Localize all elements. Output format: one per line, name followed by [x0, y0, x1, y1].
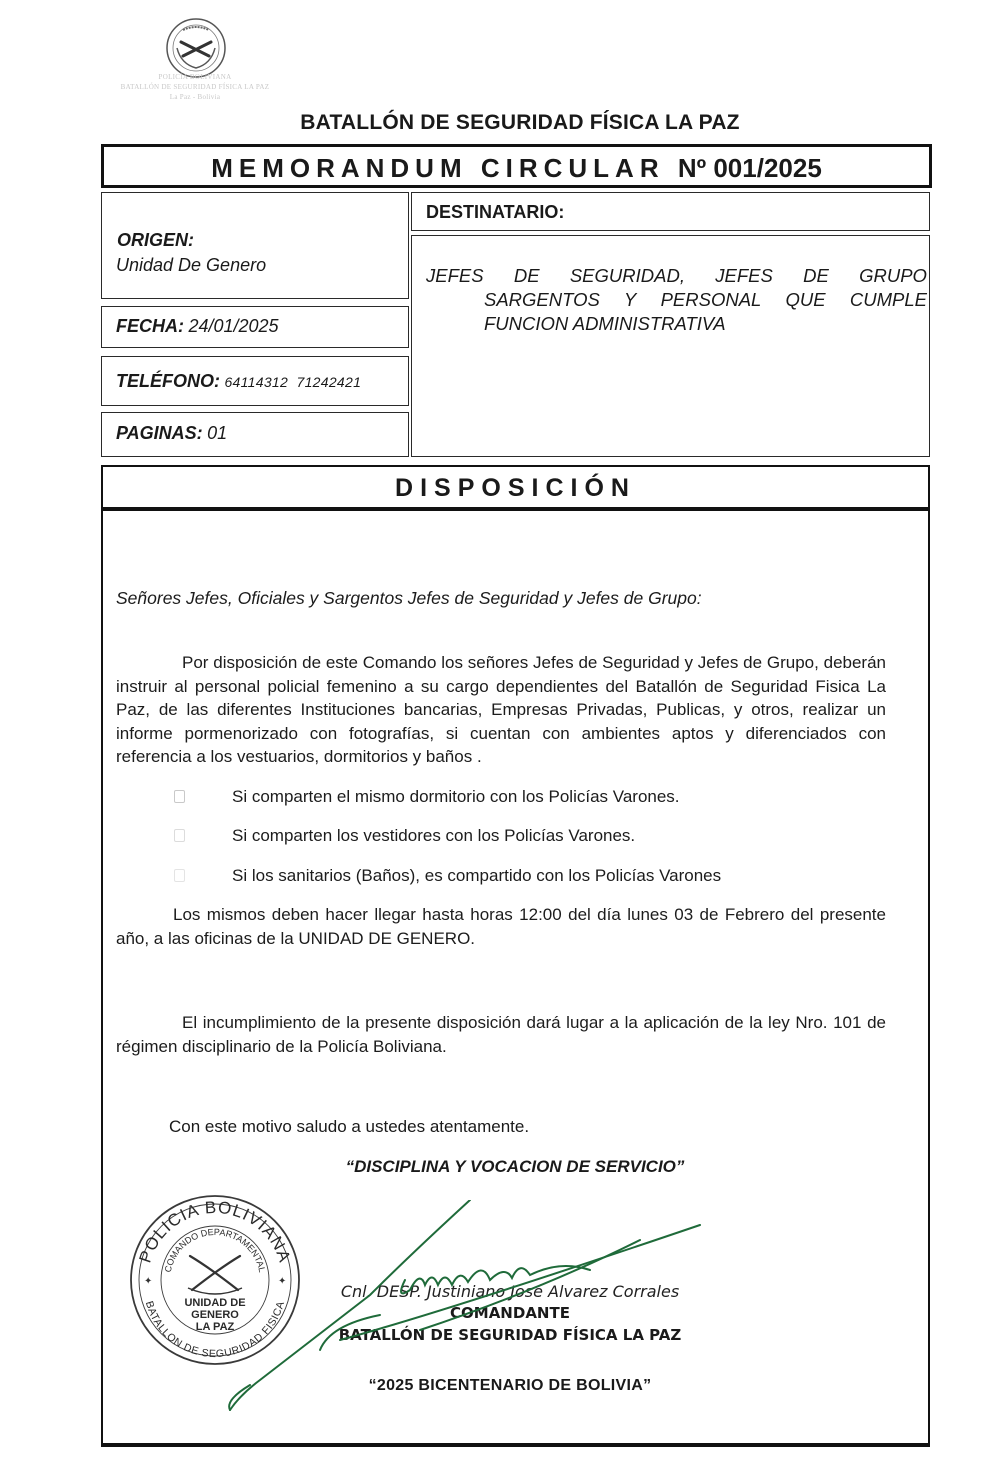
telefono-row: TELÉFONO: 64114312 71242421 — [116, 371, 361, 392]
letterhead-line: POLICÍA BOLIVIANA — [100, 73, 290, 81]
fecha-row: FECHA: 24/01/2025 — [116, 316, 279, 337]
checkbox-icon[interactable] — [174, 869, 185, 882]
checklist-item-text: Si comparten el mismo dormitorio con los… — [232, 787, 680, 807]
paragraph-instructions-text: Por disposición de este Comando los seño… — [116, 653, 886, 766]
svg-text:✦: ✦ — [278, 1276, 286, 1287]
signatory-unit: BATALLÓN DE SEGURIDAD FÍSICA LA PAZ — [330, 1326, 690, 1344]
disposicion-header: DISPOSICIÓN — [101, 465, 930, 511]
destinatario-word: SARGENTOS — [484, 288, 600, 312]
destinatario-body: JEFESDESEGURIDAD,JEFESDEGRUPO SARGENTOSY… — [411, 235, 930, 457]
police-crest-icon — [163, 18, 229, 78]
destinatario-word: PERSONAL — [661, 288, 762, 312]
paginas-value: 01 — [207, 423, 227, 443]
destinatario-line-2: SARGENTOSYPERSONALQUECUMPLE — [484, 288, 927, 312]
destinatario-header: DESTINATARIO: — [411, 192, 930, 231]
paginas-field: PAGINAS: 01 — [101, 412, 409, 457]
fecha-value: 24/01/2025 — [188, 316, 278, 336]
official-stamp-icon: POLICIA BOLIVIANA COMANDO DEPARTAMENTAL … — [120, 1188, 310, 1368]
destinatario-word: Y — [624, 288, 636, 312]
destinatario-word: QUE — [786, 288, 826, 312]
svg-text:✦: ✦ — [144, 1276, 152, 1287]
svg-text:COMANDO DEPARTAMENTAL: COMANDO DEPARTAMENTAL — [163, 1227, 268, 1273]
memo-number: Nº 001/2025 — [678, 153, 822, 183]
svg-text:UNIDAD DE: UNIDAD DE — [184, 1297, 245, 1309]
footer-slogan: “2025 BICENTENARIO DE BOLIVIA” — [330, 1377, 690, 1395]
svg-text:GENERO: GENERO — [191, 1309, 239, 1321]
destinatario-word: SEGURIDAD, — [570, 264, 685, 288]
checklist-item-text: Si los sanitarios (Baños), es compartido… — [232, 866, 721, 886]
fecha-field: FECHA: 24/01/2025 — [101, 306, 409, 348]
memo-title-text: MEMORANDUM CIRCULAR — [211, 153, 664, 183]
origen-label: ORIGEN: — [117, 230, 194, 251]
destinatario-word: DE — [803, 264, 829, 288]
paragraph-deadline-text: Los mismos deben hacer llegar hasta hora… — [116, 905, 886, 948]
destinatario-word: GRUPO — [859, 264, 927, 288]
destinatario-line-1: JEFESDESEGURIDAD,JEFESDEGRUPO — [426, 264, 927, 288]
destinatario-word: JEFES — [715, 264, 773, 288]
telefono-value: 64114312 71242421 — [224, 374, 361, 390]
motto: “DISCIPLINA Y VOCACION DE SERVICIO” — [100, 1157, 930, 1177]
destinatario-line-3: FUNCION ADMINISTRATIVA — [484, 312, 927, 336]
memo-title: MEMORANDUM CIRCULAR Nº 001/2025 — [104, 153, 929, 184]
signatory-name: Cnl. DESP. Justiniano José Alvarez Corra… — [330, 1282, 690, 1301]
paragraph-instructions: Por disposición de este Comando los seño… — [116, 651, 886, 769]
salutation: Señores Jefes, Oficiales y Sargentos Jef… — [116, 587, 886, 611]
signatory-rank: COMANDANTE — [330, 1304, 690, 1322]
memo-header: MEMORANDUM CIRCULAR Nº 001/2025 — [101, 144, 932, 188]
checkbox-icon[interactable] — [174, 790, 185, 803]
fecha-label: FECHA: — [116, 316, 184, 336]
destinatario-word: JEFES — [426, 264, 484, 288]
destinatario-word: DE — [514, 264, 540, 288]
paragraph-deadline: Los mismos deben hacer llegar hasta hora… — [116, 903, 886, 950]
destinatario-label: DESTINATARIO: — [426, 202, 564, 223]
telefono-field: TELÉFONO: 64114312 71242421 — [101, 356, 409, 406]
paragraph-sanction-text: El incumplimiento de la presente disposi… — [116, 1013, 886, 1056]
checklist-item-text: Si comparten los vestidores con los Poli… — [232, 826, 635, 846]
disposicion-title: DISPOSICIÓN — [103, 474, 928, 503]
checkbox-icon[interactable] — [174, 829, 185, 842]
paragraph-sanction: El incumplimiento de la presente disposi… — [116, 1011, 886, 1058]
svg-text:LA PAZ: LA PAZ — [196, 1321, 235, 1333]
destinatario-word: CUMPLE — [850, 288, 927, 312]
origen-value: Unidad De Genero — [116, 255, 266, 276]
letterhead-line: BATALLÓN DE SEGURIDAD FÍSICA LA PAZ — [100, 83, 290, 91]
telefono-label: TELÉFONO: — [116, 371, 220, 391]
origen-field: ORIGEN: Unidad De Genero — [101, 192, 409, 299]
paginas-label: PAGINAS: — [116, 423, 203, 443]
paginas-row: PAGINAS: 01 — [116, 423, 227, 444]
closing-line: Con este motivo saludo a ustedes atentam… — [169, 1117, 529, 1137]
destinatario-text: JEFESDESEGURIDAD,JEFESDEGRUPO SARGENTOSY… — [426, 264, 927, 336]
organization-title: BATALLÓN DE SEGURIDAD FÍSICA LA PAZ — [100, 111, 940, 135]
letterhead-line: La Paz - Bolivia — [100, 93, 290, 101]
